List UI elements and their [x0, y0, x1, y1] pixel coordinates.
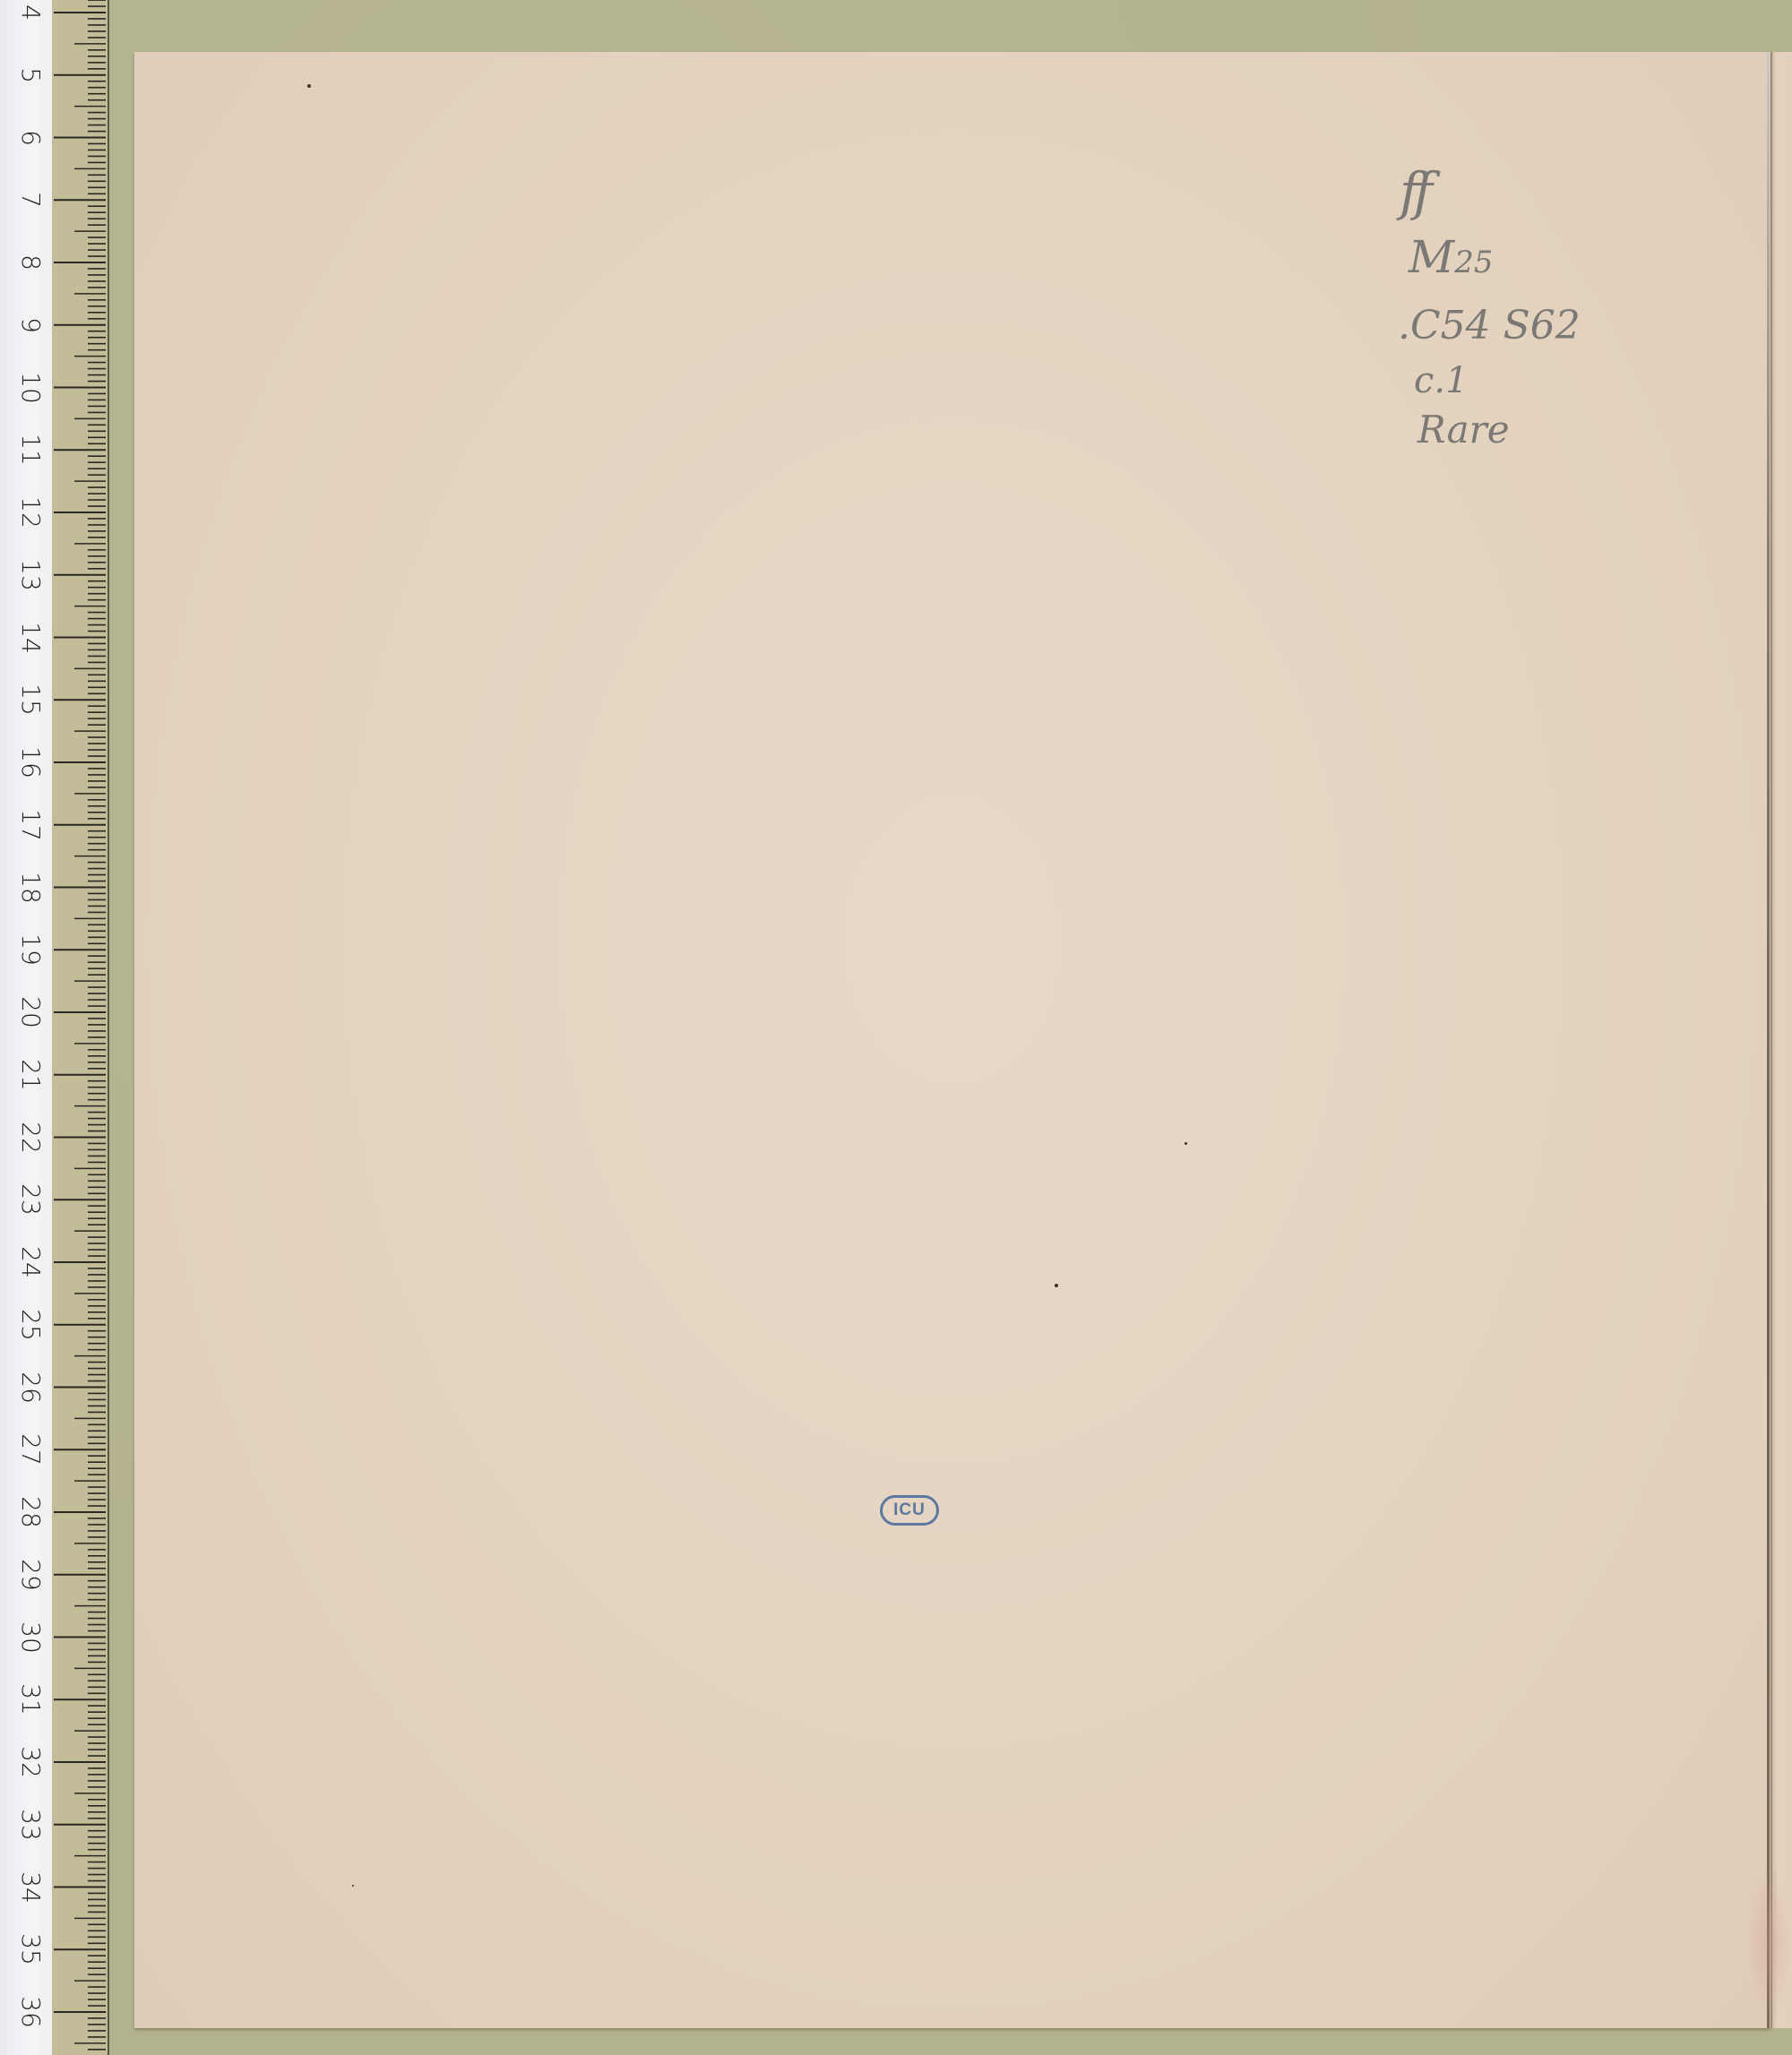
ruler-label: 26 — [18, 1366, 43, 1409]
paper-speck — [1055, 1284, 1058, 1287]
ruler-label: 27 — [18, 1428, 43, 1471]
ruler-label: 12 — [18, 491, 43, 534]
ruler-label: 24 — [18, 1241, 43, 1284]
paper-speck — [1185, 1142, 1187, 1145]
water-stain — [1747, 1863, 1792, 2025]
paper-speck — [307, 84, 311, 88]
call-number-collection: Rare — [1417, 408, 1510, 451]
ruler-label: 25 — [18, 1303, 43, 1346]
ruler-label: 22 — [18, 1116, 43, 1159]
ruler-label: 31 — [18, 1678, 43, 1721]
ruler-label: 36 — [18, 1991, 43, 2034]
ruler-label: 29 — [18, 1553, 43, 1596]
ruler-label: 11 — [18, 428, 43, 471]
paper-speck — [352, 1885, 354, 1887]
ruler-label: 17 — [18, 804, 43, 847]
ruler-ticks — [52, 0, 108, 2055]
call-number-class: M — [1409, 231, 1454, 283]
ruler-label: 7 — [18, 178, 43, 221]
ruler-label: 23 — [18, 1178, 43, 1221]
ruler-label: 34 — [18, 1866, 43, 1909]
ruler-label: 5 — [18, 54, 43, 97]
ruler-label: 6 — [18, 116, 43, 159]
ruler-label: 10 — [18, 366, 43, 409]
stamp-text: ICU — [893, 1500, 926, 1520]
ruler-label: 13 — [18, 554, 43, 597]
ruler-label: 8 — [18, 241, 43, 284]
call-number-line-3: .C54 S62 — [1398, 303, 1581, 348]
adjacent-page-edge — [1770, 52, 1792, 2028]
ruler-label: 15 — [18, 678, 43, 721]
ruler-label: 35 — [18, 1928, 43, 1971]
ruler-label: 21 — [18, 1053, 43, 1096]
call-number-line-2: M25 — [1409, 231, 1493, 283]
binding-fold — [1767, 52, 1770, 2028]
ruler-label: 30 — [18, 1616, 43, 1659]
ruler-label: 16 — [18, 741, 43, 784]
library-stamp: ICU — [880, 1495, 939, 1526]
ruler-label: 20 — [18, 991, 43, 1034]
call-number-line-1: ff — [1400, 161, 1427, 222]
ruler-label: 4 — [18, 0, 43, 34]
ruler-label: 19 — [18, 928, 43, 971]
ruler-label: 32 — [18, 1741, 43, 1784]
ruler-label: 18 — [18, 866, 43, 909]
ruler-label: 28 — [18, 1491, 43, 1534]
call-number-copy: c.1 — [1414, 360, 1469, 401]
ruler-label: 9 — [18, 304, 43, 347]
call-number-subclass: 25 — [1454, 245, 1493, 280]
measuring-ruler — [52, 0, 109, 2055]
ruler-label: 33 — [18, 1803, 43, 1846]
ruler-label: 14 — [18, 616, 43, 659]
